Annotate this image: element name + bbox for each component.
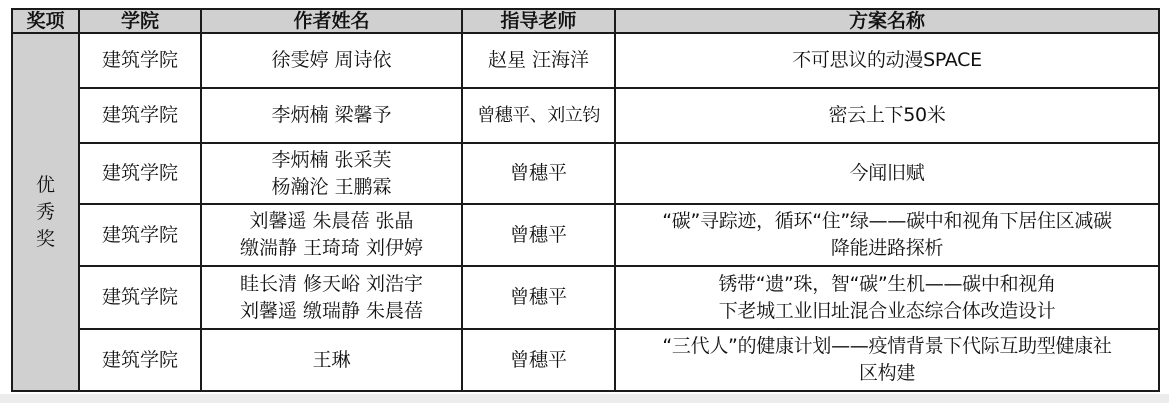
table-row: 优 秀 奖 建筑学院 徐雯婷 周诗依 赵星 汪海洋 不可思议的动漫SPACE (12, 33, 1159, 88)
title-line: 下老城工业旧址混合业态综合体改造设计 (616, 298, 1158, 325)
college-cell: 建筑学院 (79, 88, 201, 143)
authors-cell: 王琳 (201, 329, 462, 391)
page-bottom-band (0, 394, 1169, 403)
authors-line: 杨瀚沦 王鹏霖 (202, 174, 461, 201)
title-line: 密云上下50米 (616, 102, 1158, 129)
college-cell: 建筑学院 (79, 33, 201, 88)
header-authors: 作者姓名 (201, 9, 462, 33)
authors-cell: 眭长清 修天峪 刘浩宇 刘馨遥 缴瑞静 朱晨蓓 (201, 266, 462, 329)
authors-line: 眭长清 修天峪 刘浩宇 (202, 271, 461, 298)
advisors-cell: 赵星 汪海洋 (462, 33, 615, 88)
advisors-cell: 曾穗平 (462, 143, 615, 204)
table-row: 建筑学院 李炳楠 张采芙 杨瀚沦 王鹏霖 曾穗平 今闻旧赋 (12, 143, 1159, 204)
advisors-cell: 曾穗平、刘立钧 (462, 88, 615, 143)
authors-cell: 李炳楠 梁馨予 (201, 88, 462, 143)
header-title: 方案名称 (615, 9, 1159, 33)
authors-line: 王琳 (202, 347, 461, 374)
table-row: 建筑学院 眭长清 修天峪 刘浩宇 刘馨遥 缴瑞静 朱晨蓓 曾穗平 锈带“遗”珠，… (12, 266, 1159, 329)
college-cell: 建筑学院 (79, 329, 201, 391)
title-cell: 今闻旧赋 (615, 143, 1159, 204)
advisors-cell: 曾穗平 (462, 204, 615, 266)
table-row: 建筑学院 刘馨遥 朱晨蓓 张晶 缴湍静 王琦琦 刘伊婷 曾穗平 “碳”寻踪迹，循… (12, 204, 1159, 266)
authors-line: 李炳楠 张采芙 (202, 147, 461, 174)
authors-cell: 刘馨遥 朱晨蓓 张晶 缴湍静 王琦琦 刘伊婷 (201, 204, 462, 266)
title-line: 降能进路探析 (616, 235, 1158, 262)
title-line: 今闻旧赋 (616, 160, 1158, 187)
authors-line: 刘馨遥 缴瑞静 朱晨蓓 (202, 298, 461, 325)
award-char: 奖 (13, 226, 78, 253)
award-char: 秀 (13, 199, 78, 226)
table-row: 建筑学院 王琳 曾穗平 “三代人”的健康计划——疫情背景下代际互助型健康社 区构… (12, 329, 1159, 391)
table-row: 建筑学院 李炳楠 梁馨予 曾穗平、刘立钧 密云上下50米 (12, 88, 1159, 143)
authors-cell: 李炳楠 张采芙 杨瀚沦 王鹏霖 (201, 143, 462, 204)
title-line: “碳”寻踪迹，循环“住”绿——碳中和视角下居住区减碳 (616, 208, 1158, 235)
advisors-cell: 曾穗平 (462, 329, 615, 391)
title-line: 锈带“遗”珠，智“碳”生机——碳中和视角 (616, 271, 1158, 298)
award-table: 奖项 学院 作者姓名 指导老师 方案名称 优 秀 奖 建筑学院 徐雯婷 周诗依 … (11, 8, 1160, 392)
header-row: 奖项 学院 作者姓名 指导老师 方案名称 (12, 9, 1159, 33)
college-cell: 建筑学院 (79, 143, 201, 204)
college-cell: 建筑学院 (79, 266, 201, 329)
title-cell: 密云上下50米 (615, 88, 1159, 143)
award-char: 优 (13, 172, 78, 199)
title-line: “三代人”的健康计划——疫情背景下代际互助型健康社 (616, 333, 1158, 360)
title-line: 区构建 (616, 360, 1158, 387)
title-line: 不可思议的动漫SPACE (616, 47, 1158, 74)
advisors-cell: 曾穗平 (462, 266, 615, 329)
title-cell: 不可思议的动漫SPACE (615, 33, 1159, 88)
header-award: 奖项 (12, 9, 79, 33)
authors-line: 徐雯婷 周诗依 (202, 47, 461, 74)
college-cell: 建筑学院 (79, 204, 201, 266)
title-cell: “三代人”的健康计划——疫情背景下代际互助型健康社 区构建 (615, 329, 1159, 391)
authors-line: 刘馨遥 朱晨蓓 张晶 (202, 208, 461, 235)
header-advisors: 指导老师 (462, 9, 615, 33)
header-college: 学院 (79, 9, 201, 33)
title-cell: 锈带“遗”珠，智“碳”生机——碳中和视角 下老城工业旧址混合业态综合体改造设计 (615, 266, 1159, 329)
title-cell: “碳”寻踪迹，循环“住”绿——碳中和视角下居住区减碳 降能进路探析 (615, 204, 1159, 266)
authors-line: 缴湍静 王琦琦 刘伊婷 (202, 235, 461, 262)
award-level-cell: 优 秀 奖 (12, 33, 79, 391)
authors-cell: 徐雯婷 周诗依 (201, 33, 462, 88)
authors-line: 李炳楠 梁馨予 (202, 102, 461, 129)
